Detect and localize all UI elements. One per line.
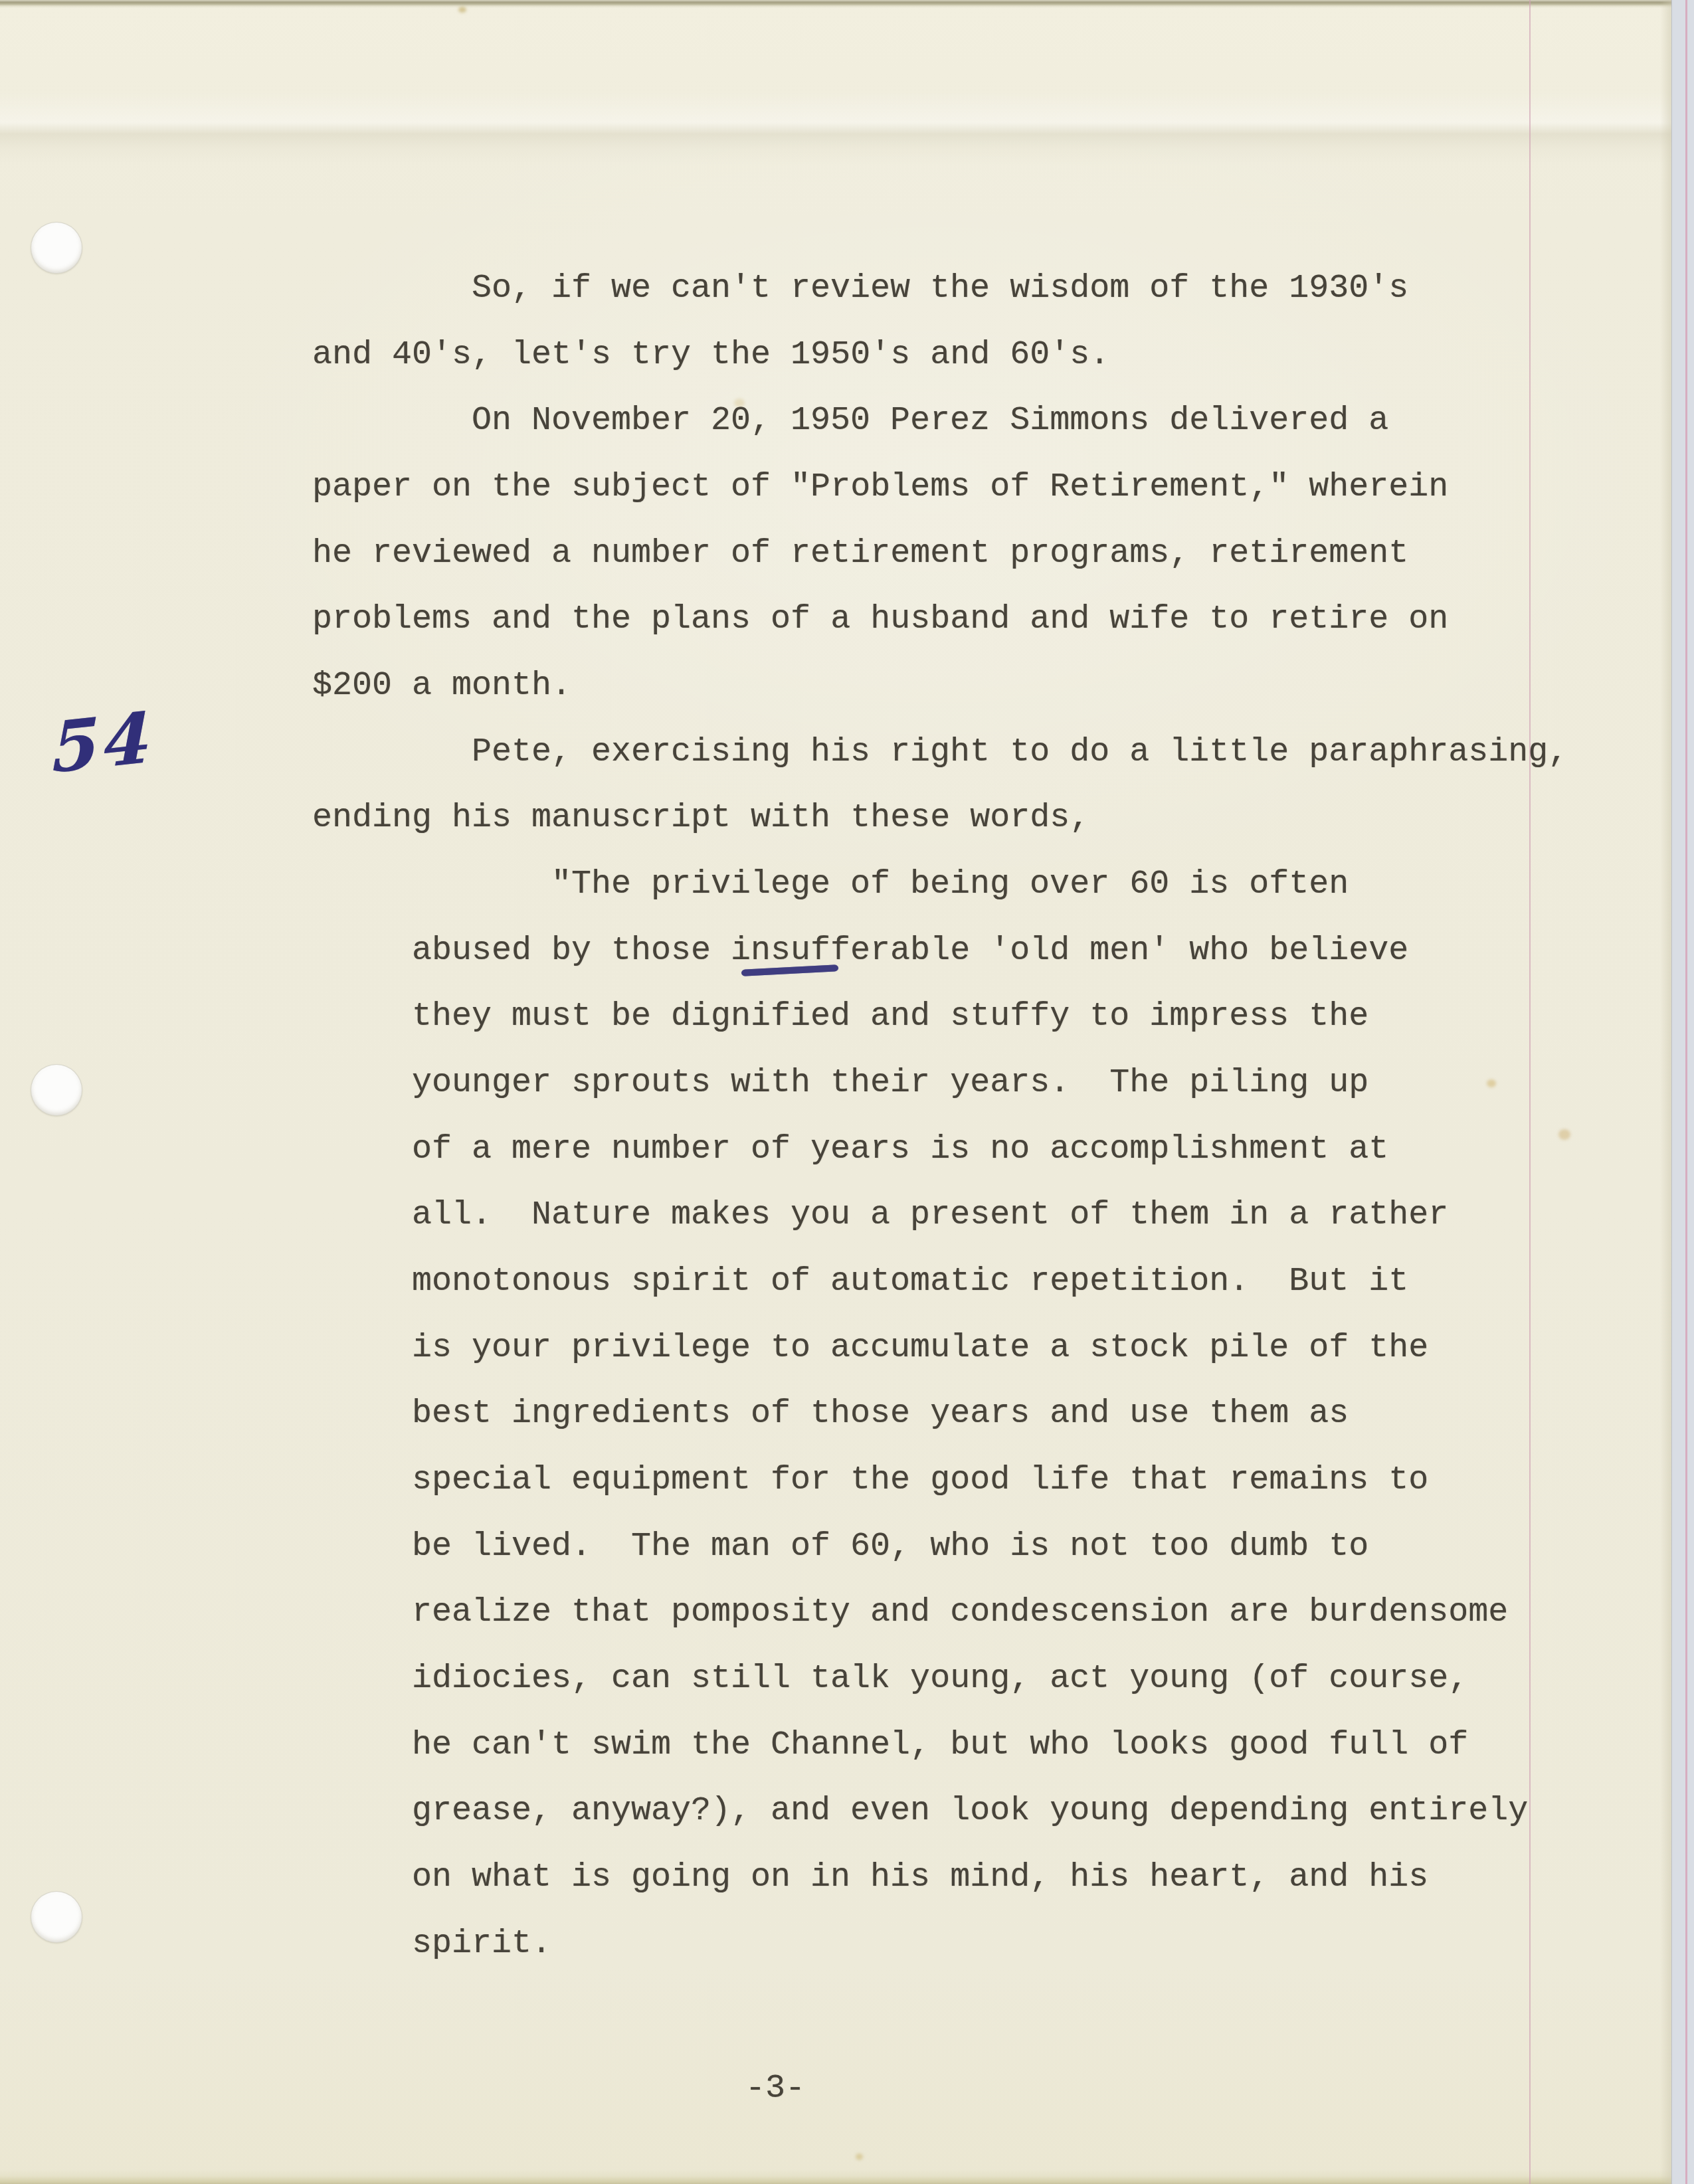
typescript-line: idiocies, can still talk young, act youn… (412, 1663, 1468, 1696)
typescript-line: realize that pomposity and condescension… (412, 1596, 1508, 1629)
typescript-line: special equipment for the good life that… (412, 1464, 1428, 1497)
typescript-line: he can't swim the Channel, but who looks… (412, 1729, 1468, 1762)
typescript-line: Pete, exercising his right to do a littl… (472, 736, 1568, 769)
punch-hole (31, 222, 82, 274)
typescript-line: he reviewed a number of retirement progr… (312, 537, 1408, 571)
typescript-line: be lived. The man of 60, who is not too … (412, 1530, 1368, 1564)
handwritten-page-number: 54 (52, 703, 155, 783)
typescript-line: grease, anyway?), and even look young de… (412, 1795, 1528, 1828)
typescript-line: of a mere number of years is no accompli… (412, 1133, 1388, 1166)
typescript-line: is your privilege to accumulate a stock … (412, 1332, 1428, 1365)
scanned-page: So, if we can't review the wisdom of the… (0, 0, 1694, 2184)
typescript-line: So, if we can't review the wisdom of the… (472, 272, 1408, 306)
typescript-line: younger sprouts with their years. The pi… (412, 1067, 1368, 1100)
typescript-line: ending his manuscript with these words, (312, 802, 1089, 835)
typescript-line: spirit. (412, 1928, 551, 1961)
punch-hole (31, 1064, 82, 1116)
typescript-line: problems and the plans of a husband and … (312, 603, 1448, 636)
typescript-line: and 40's, let's try the 1950's and 60's. (312, 339, 1109, 372)
typescript-lines: So, if we can't review the wisdom of the… (0, 0, 1694, 2184)
typescript-line: they must be dignified and stuffy to imp… (412, 1000, 1368, 1034)
punch-hole (31, 1891, 82, 1943)
typescript-line: all. Nature makes you a present of them … (412, 1199, 1448, 1232)
typescript-line: $200 a month. (312, 670, 571, 703)
typescript-line: monotonous spirit of automatic repetitio… (412, 1265, 1408, 1299)
typescript-line: best ingredients of those years and use … (412, 1398, 1349, 1431)
typescript-line: "The privilege of being over 60 is often (551, 868, 1349, 901)
typescript-line: -3- (745, 2072, 805, 2106)
typescript-line: abused by those insufferable 'old men' w… (412, 935, 1408, 968)
typescript-line: paper on the subject of "Problems of Ret… (312, 471, 1448, 504)
typescript-line: on what is going on in his mind, his hea… (412, 1861, 1428, 1894)
typescript-line: On November 20, 1950 Perez Simmons deliv… (472, 405, 1388, 438)
